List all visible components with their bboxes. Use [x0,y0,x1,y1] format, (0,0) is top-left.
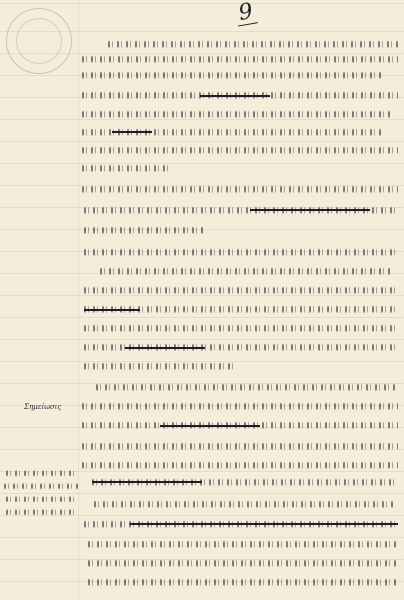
text-line: [handwritten line 18 — illegible] [84,360,234,372]
margin-note-line: [illegible marginal note, 4 lines] [6,507,78,517]
text-line: [handwritten line 20 — illegible] [82,400,398,412]
text-line: [handwritten line 27 — illegible] [88,538,398,550]
manuscript-page: 9 [handwritten line 1 — illegible] [hand… [0,0,404,600]
strikethrough [112,131,152,133]
text-line: [handwritten line 29 — illegible] [88,576,398,588]
text-line: [handwritten line 23 — illegible] [82,459,398,471]
text-line: [handwritten line 9 — illegible] [82,183,398,195]
strikethrough [250,209,370,211]
margin-note-line [4,481,78,491]
strikethrough [160,425,260,427]
margin-note-line [6,494,76,504]
text-line: [handwritten line 25 — illegible] [94,498,394,510]
strikethrough [92,481,202,483]
margin-rule [78,0,79,600]
strikethrough [200,95,270,97]
margin-note-line [6,468,76,478]
text-line: [handwritten line 3 — illegible] [82,69,382,81]
text-line: [handwritten line 1 — illegible] [108,38,398,50]
strikethrough [125,347,205,349]
text-line: [handwritten line 22 — illegible] [82,440,398,452]
text-line: [handwritten line 8 — illegible] [82,162,172,174]
archive-stamp [6,8,72,74]
text-line: [handwritten line 5 — illegible] [82,108,392,120]
page-number: 9 [234,0,258,26]
text-line: [handwritten line 19 — illegible] [96,381,396,393]
text-line: [handwritten line 12 — illegible] [84,246,398,258]
text-line: [handwritten line 28 — illegible] [88,557,398,569]
margin-note-label: Σημείωσις [24,402,61,413]
text-line: [handwritten line 7 — illegible] [82,144,398,156]
strikethrough [84,309,140,311]
text-line: [handwritten line 2 — illegible] [82,53,398,65]
text-line: [handwritten line 14 — illegible] [84,284,398,296]
text-line: [handwritten line 16 — illegible] [84,322,398,334]
text-line: [handwritten line 11 — illegible] [84,224,204,236]
strikethrough [130,523,398,525]
text-line: [handwritten line 13 — illegible] [100,265,390,277]
